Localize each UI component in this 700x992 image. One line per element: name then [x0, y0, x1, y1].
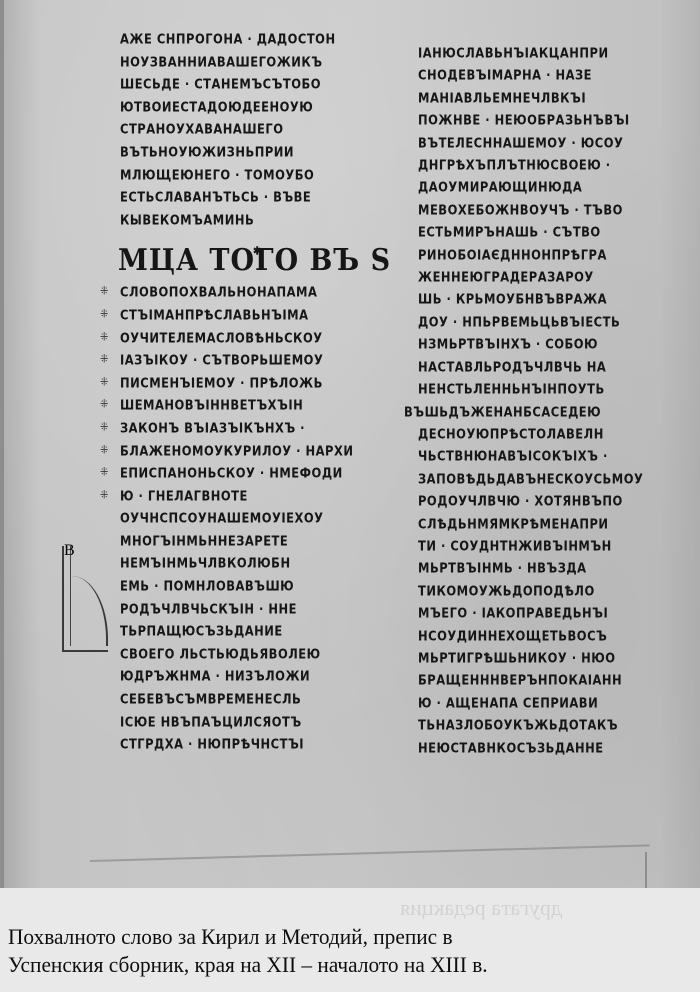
page-crease-vertical — [645, 852, 647, 888]
caption-line-1: Похвалното слово за Кирил и Методий, пре… — [8, 923, 677, 951]
section-heading: ✱ МЦА ТОГО ВЪ Ѕ — [118, 239, 350, 283]
text-line: ПИСМЕНЪІЕМОУ · ПРѢЛОЖЬ — [120, 375, 323, 391]
text-line: КЫВЕКОМЪАМИНЬ — [120, 207, 350, 233]
text-line: БЛАЖЕНОМОУКУРИЛОУ · НАРХИ — [120, 442, 353, 458]
marked-line: ⁜ЗАКОНЪ ВЪІАЗЪІКЪНХЪ · — [120, 415, 350, 441]
illuminated-initial-ornament: В — [62, 546, 108, 652]
text-line: Ю · ГНЕЛАГВНОТЕ — [120, 488, 248, 504]
text-line: ЗАКОНЪ ВЪІАЗЪІКЪНХЪ · — [120, 420, 305, 436]
text-line: ОУЧИТЕЛЕМАСЛОВѢНЬСКОУ — [120, 329, 323, 345]
text-line: СТГРДХА · НЮПРѢЧНСТЪІ — [120, 732, 350, 758]
marker-icon: ⁜ — [100, 483, 109, 509]
right-column: ІАНЮСЛАВЬНЪІАКЦАНПРИ СНОДЕВЪІМАРНА · НАЗ… — [418, 42, 668, 759]
text-line: ШЕМАНОВЪІННВЕТЪХЪІН — [120, 397, 303, 413]
bleed-through-text: другата редакция — [400, 895, 562, 921]
manuscript-photo: АЖЕ СНПРОГОНА · ДАДОСТОН НОУЗВАННИАВАШЕГ… — [0, 0, 700, 888]
initial-letter: В — [64, 542, 75, 560]
caption-line-2: Успенския сборник, края на XII – началот… — [8, 951, 677, 979]
text-line: СТЪІМАНПРѢСЛАВЬНЪІМА — [120, 307, 309, 323]
marker-icon: ⁜ — [100, 415, 109, 441]
left-column: АЖЕ СНПРОГОНА · ДАДОСТОН НОУЗВАННИАВАШЕГ… — [120, 28, 350, 756]
page-edge — [0, 0, 4, 888]
text-line: НЕЮСТАВНКОСЪЗЬДАННЕ — [418, 735, 668, 761]
text-line: ІАЗЪІКОУ · СЪТВОРЬШЕМОУ — [120, 352, 323, 368]
star-ornament-icon: ✱ — [253, 231, 262, 275]
text-line: СЛОВОПОХВАЛЬНОНАПАМА — [120, 284, 317, 300]
page-crease — [90, 844, 650, 862]
figure-caption: Похвалното слово за Кирил и Методий, пре… — [8, 923, 677, 979]
text-line: НЕНСТЬЛЕННЬНЪІНПОУТЬ — [418, 376, 668, 402]
text-line: ЕПИСПАНОНЬСКОУ · НМЕФОДИ — [120, 465, 343, 481]
